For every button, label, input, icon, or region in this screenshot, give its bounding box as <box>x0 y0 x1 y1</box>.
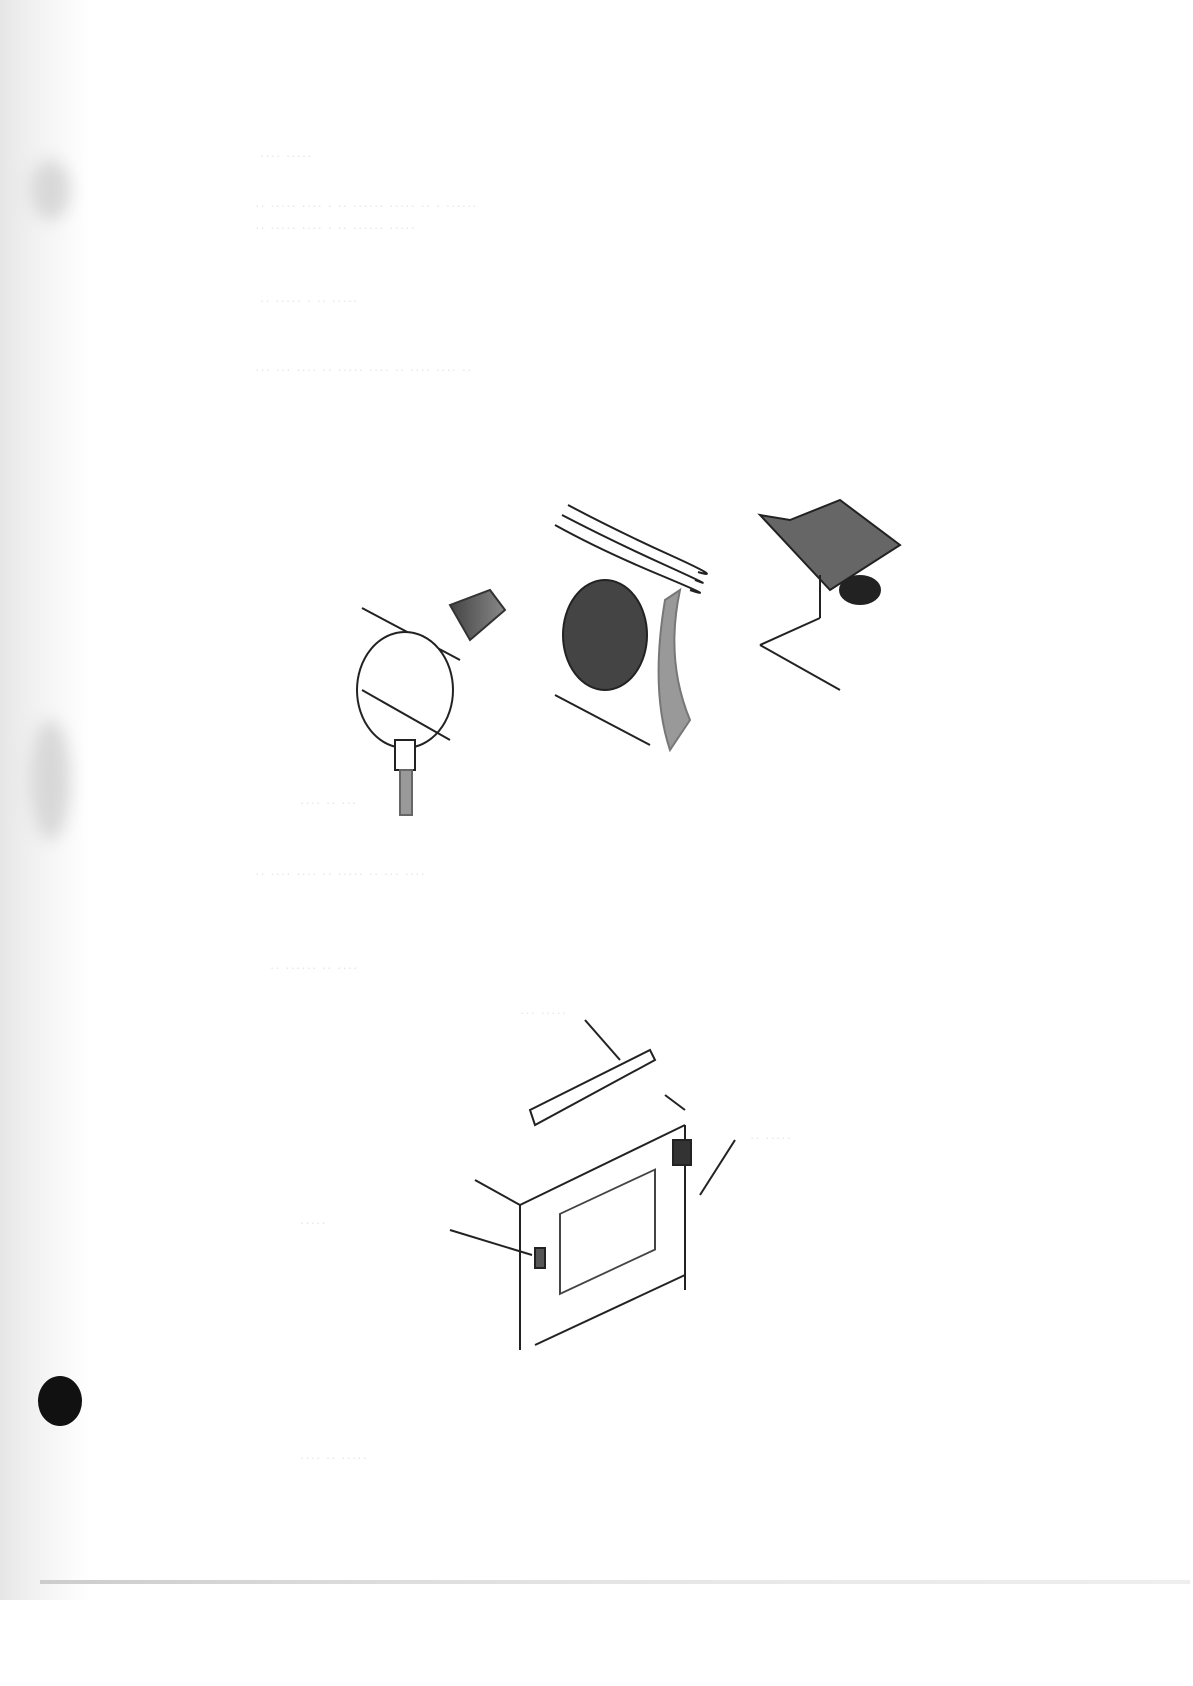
figure-2-cabinet <box>450 1095 735 1350</box>
figure-2-rail <box>530 1020 655 1125</box>
figure-1-bracket <box>760 500 900 690</box>
figure-1-panel <box>555 505 707 750</box>
figures <box>0 0 1193 1686</box>
figure-1-knob-assembly <box>357 590 505 815</box>
